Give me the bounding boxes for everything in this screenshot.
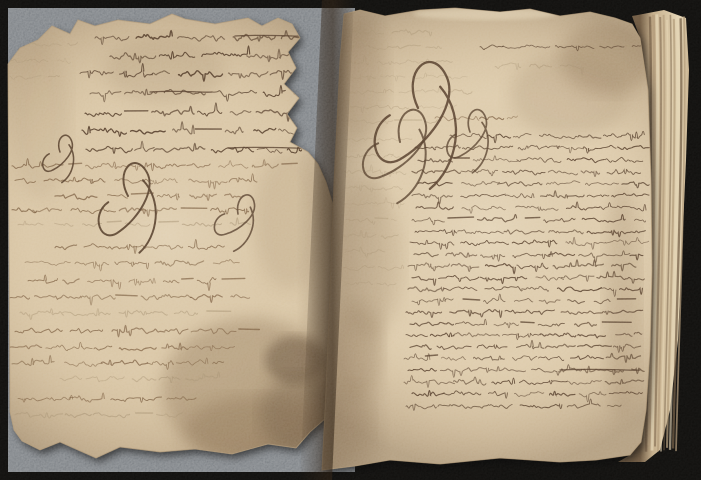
paper-grain-overlay bbox=[0, 0, 701, 480]
manuscript-scan bbox=[0, 0, 701, 480]
manuscript-scan-stage bbox=[0, 0, 701, 480]
